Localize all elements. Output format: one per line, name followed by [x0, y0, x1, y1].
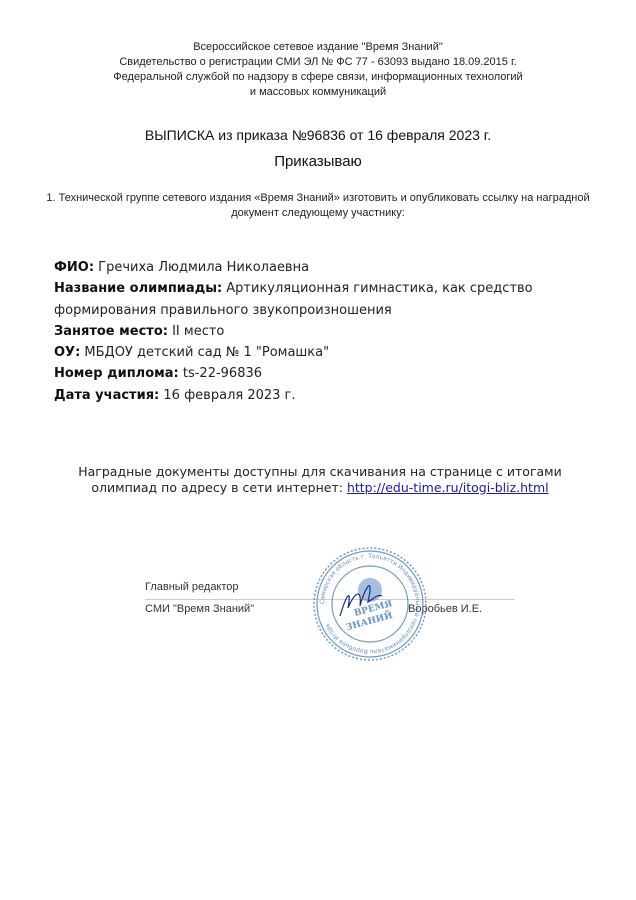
- detail-date: Дата участия: 16 февраля 2023 г.: [54, 385, 554, 406]
- official-stamp: Самарская область г. Тольятти Индивидуал…: [312, 546, 428, 662]
- document-title: ВЫПИСКА из приказа №96836 от 16 февраля …: [0, 127, 636, 143]
- detail-value: 16 февраля 2023 г.: [159, 388, 295, 403]
- detail-value: МБДОУ детский сад № 1 "Ромашка": [80, 345, 329, 360]
- results-link[interactable]: http://edu-time.ru/itogi-bliz.html: [347, 480, 549, 495]
- header-line: Всероссийское сетевое издание "Время Зна…: [0, 40, 636, 55]
- instruction-text: 1. Технической группе сетевого издания «…: [40, 191, 596, 221]
- editor-role: Главный редактор: [145, 581, 239, 593]
- header-line: Федеральной службой по надзору в сфере с…: [0, 70, 636, 85]
- header-line: и массовых коммуникаций: [0, 85, 636, 100]
- participant-details: ФИО: Гречиха Людмила Николаевна Название…: [54, 257, 554, 406]
- detail-label: Дата участия:: [54, 388, 159, 403]
- publisher-header: Всероссийское сетевое издание "Время Зна…: [0, 40, 636, 100]
- order-heading: Приказываю: [0, 153, 636, 170]
- detail-place: Занятое место: II место: [54, 321, 554, 342]
- editor-organization: СМИ "Время Знаний": [145, 603, 254, 615]
- detail-diploma: Номер диплома: ts-22-96836: [54, 363, 554, 384]
- detail-fio: ФИО: Гречиха Людмила Николаевна: [54, 257, 554, 278]
- download-notice: Наградные документы доступны для скачива…: [60, 464, 580, 495]
- detail-label: Название олимпиады:: [54, 281, 222, 296]
- header-line: Свидетельство о регистрации СМИ ЭЛ № ФС …: [0, 55, 636, 70]
- detail-olympiad: Название олимпиады: Артикуляционная гимн…: [54, 278, 554, 321]
- detail-value: II место: [168, 324, 224, 339]
- detail-label: Занятое место:: [54, 324, 168, 339]
- detail-value: ts-22-96836: [179, 366, 262, 381]
- detail-label: Номер диплома:: [54, 366, 179, 381]
- detail-organization: ОУ: МБДОУ детский сад № 1 "Ромашка": [54, 342, 554, 363]
- detail-label: ФИО:: [54, 260, 94, 275]
- detail-value: Гречиха Людмила Николаевна: [94, 260, 309, 275]
- detail-label: ОУ:: [54, 345, 80, 360]
